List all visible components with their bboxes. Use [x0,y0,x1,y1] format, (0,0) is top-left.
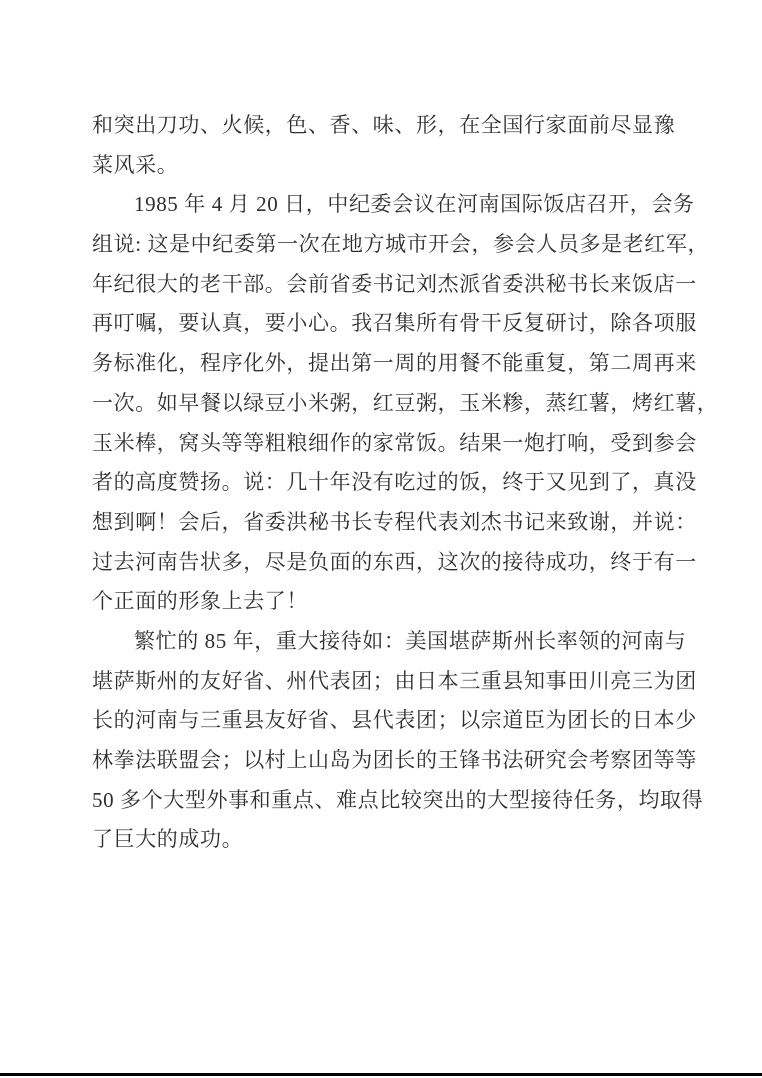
text-line: 一次。如早餐以绿豆小米粥，红豆粥，玉米糁，蒸红薯，烤红薯， [92,384,678,424]
text-line: 和突出刀功、火候，色、香、味、形，在全国行家面前尽显豫 [92,106,678,146]
text-line: 林拳法联盟会；以村上山岛为团长的王锋书法研究会考察团等等 [92,741,678,781]
text-line: 50 多个大型外事和重点、难点比较突出的大型接待任务，均取得 [92,781,678,821]
paragraph: 繁忙的 85 年，重大接待如：美国堪萨斯州长率领的河南与 堪萨斯州的友好省、州代… [92,622,678,860]
text-line: 菜风采。 [92,146,678,186]
document-page: 和突出刀功、火候，色、香、味、形，在全国行家面前尽显豫 菜风采。 1985 年 … [0,0,762,1078]
text-line: 年纪很大的老干部。会前省委书记刘杰派省委洪秘书长来饭店一 [92,265,678,305]
text-line: 者的高度赞扬。说：几十年没有吃过的饭，终于又见到了，真没 [92,463,678,503]
text-line: 繁忙的 85 年，重大接待如：美国堪萨斯州长率领的河南与 [92,622,678,662]
text-line: 了巨大的成功。 [92,820,678,860]
text-line: 过去河南告状多，尽是负面的东西，这次的接待成功，终于有一 [92,543,678,583]
text-line: 1985 年 4 月 20 日，中纪委会议在河南国际饭店召开，会务 [92,185,678,225]
text-line: 长的河南与三重县友好省、县代表团；以宗道臣为团长的日本少 [92,701,678,741]
text-line: 玉米棒，窝头等等粗粮细作的家常饭。结果一炮打响，受到参会 [92,424,678,464]
page-bottom-edge-rule [0,1073,762,1076]
text-line: 组说: 这是中纪委第一次在地方城市开会，参会人员多是老红军， [92,225,678,265]
paragraph: 和突出刀功、火候，色、香、味、形，在全国行家面前尽显豫 菜风采。 [92,106,678,185]
text-line: 再叮嘱，要认真，要小心。我召集所有骨干反复研讨，除各项服 [92,304,678,344]
text-line: 想到啊！会后，省委洪秘书长专程代表刘杰书记来致谢，并说： [92,503,678,543]
paragraph: 1985 年 4 月 20 日，中纪委会议在河南国际饭店召开，会务 组说: 这是… [92,185,678,622]
document-text-block: 和突出刀功、火候，色、香、味、形，在全国行家面前尽显豫 菜风采。 1985 年 … [92,106,678,860]
text-line: 堪萨斯州的友好省、州代表团；由日本三重县知事田川亮三为团 [92,662,678,702]
text-line: 务标准化，程序化外，提出第一周的用餐不能重复，第二周再来 [92,344,678,384]
text-line: 个正面的形象上去了！ [92,582,678,622]
